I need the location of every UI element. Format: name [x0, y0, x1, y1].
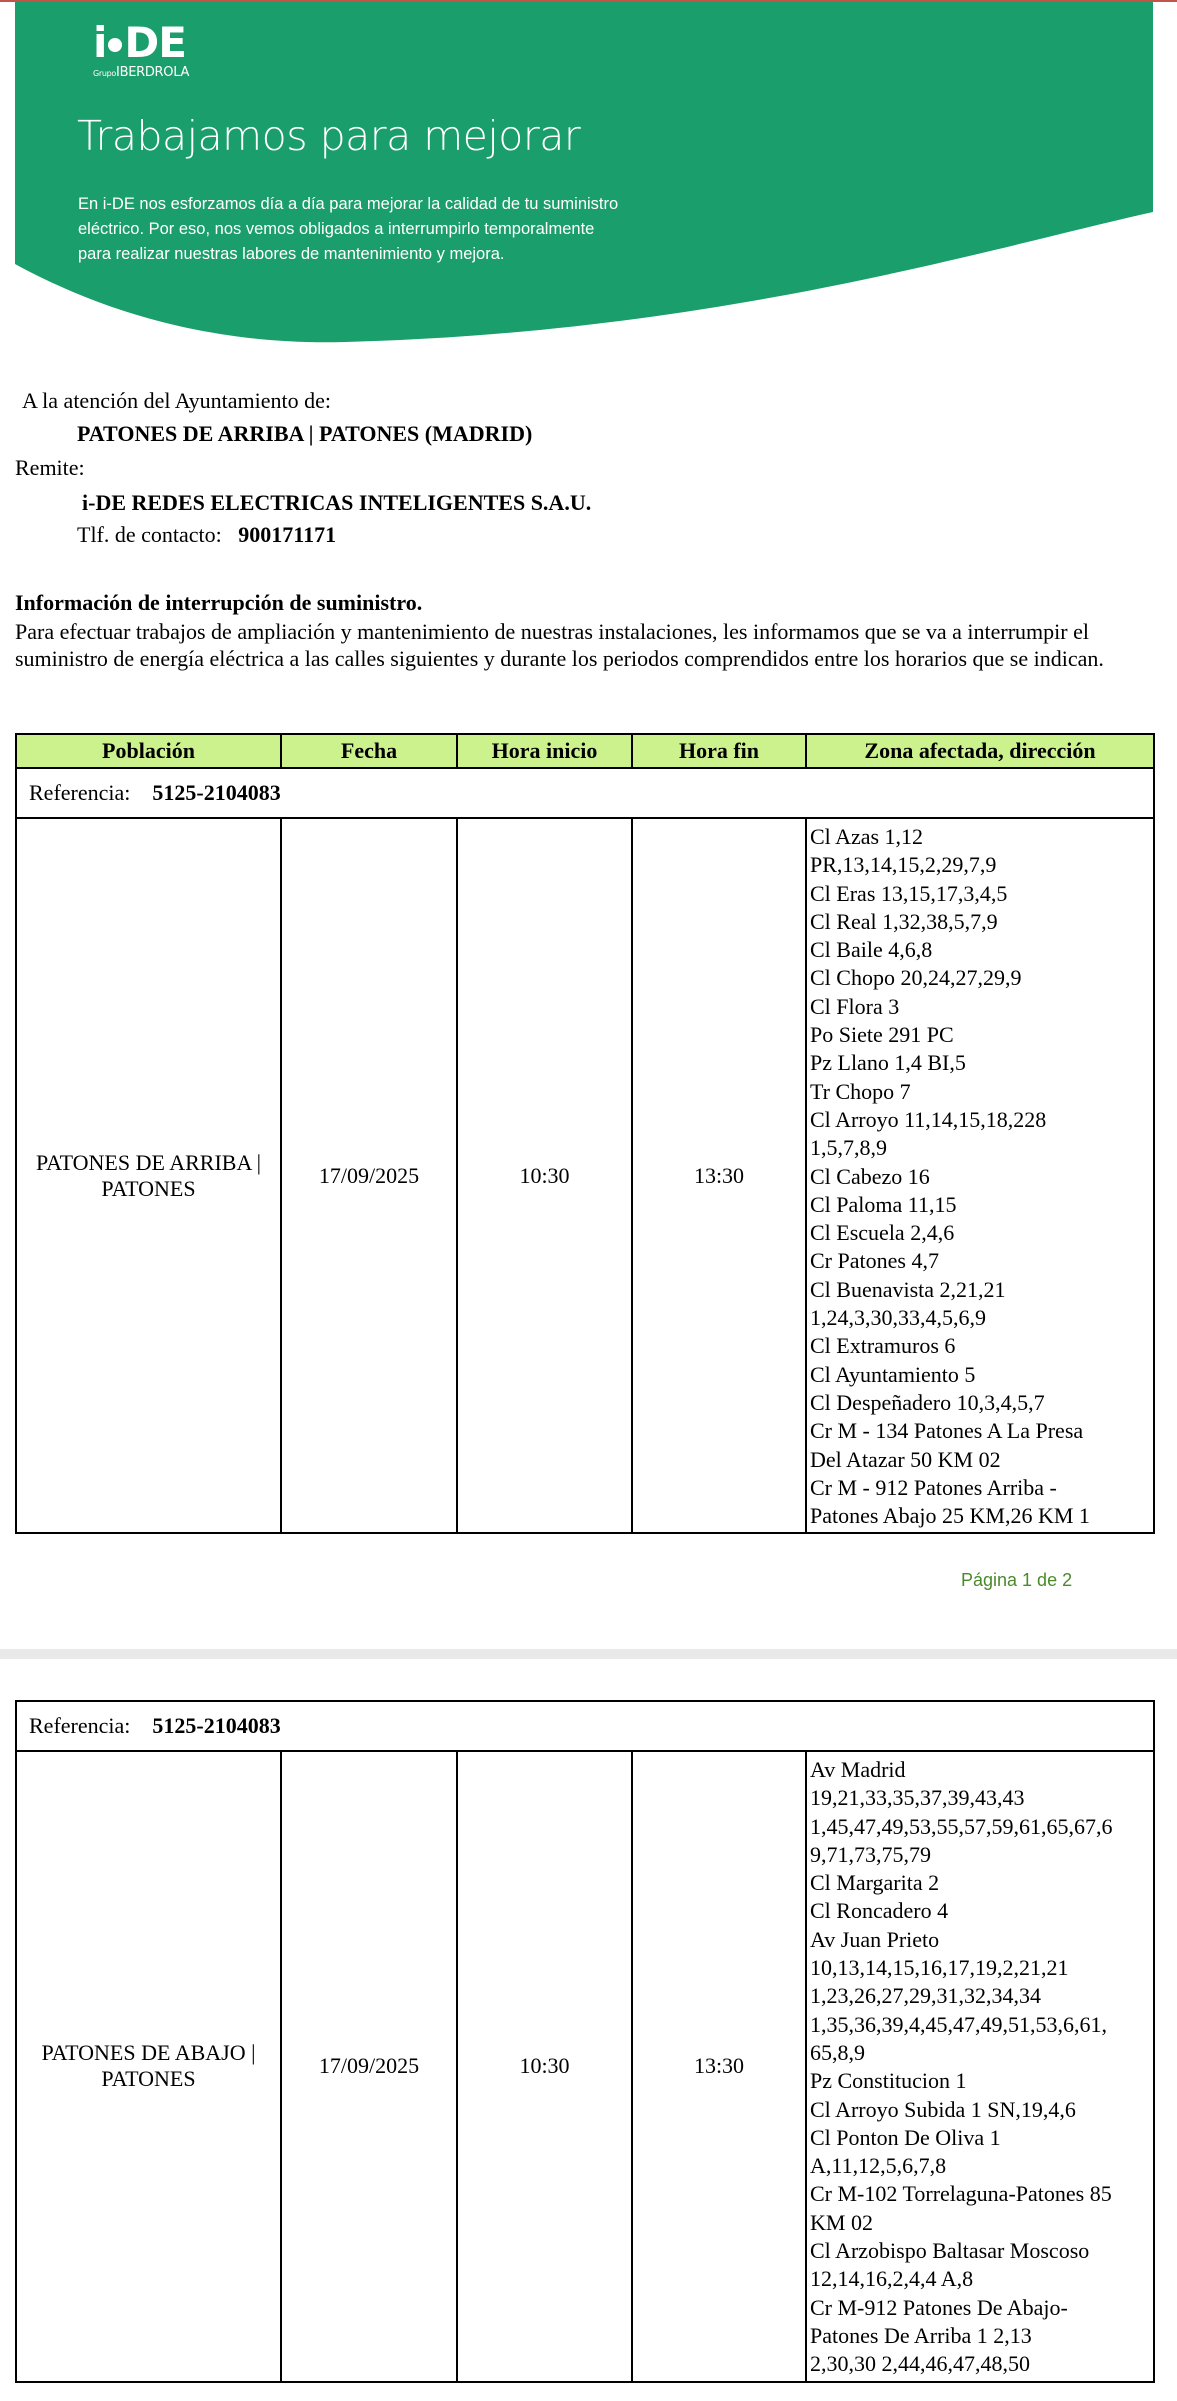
leaf-icon — [108, 38, 122, 52]
table-row: PATONES DE ABAJO | PATONES 17/09/2025 10… — [16, 1751, 1154, 2382]
reference-label: Referencia: — [29, 1713, 130, 1738]
reference-row: Referencia:5125-2104083 — [16, 1701, 1154, 1751]
cell-poblacion: PATONES DE ABAJO | PATONES — [16, 1751, 281, 2382]
phone-label: Tlf. de contacto: — [77, 522, 222, 547]
column-header-fecha: Fecha — [281, 734, 457, 768]
cell-poblacion: PATONES DE ARRIBA | PATONES — [16, 818, 281, 1533]
zone-address-line: Cl Extramuros 6 — [810, 1332, 1150, 1360]
zone-address-line: 10,13,14,15,16,17,19,2,21,21 — [810, 1954, 1150, 1982]
zone-address-line: Av Juan Prieto — [810, 1926, 1150, 1954]
cell-hora-fin: 13:30 — [632, 818, 806, 1533]
table-row: PATONES DE ARRIBA | PATONES 17/09/2025 1… — [16, 818, 1154, 1533]
zone-address-line: 1,23,26,27,29,31,32,34,34 — [810, 1982, 1150, 2010]
attention-label: A la atención del Ayuntamiento de: — [22, 388, 331, 414]
logo-group-label: GrupoIBERDROLA — [93, 66, 189, 81]
zone-address-line: Cl Flora 3 — [810, 993, 1150, 1021]
zone-address-line: Cl Paloma 11,15 — [810, 1191, 1150, 1219]
cell-hora-inicio: 10:30 — [457, 1751, 632, 2382]
zone-address-line: Cr M-912 Patones De Abajo- — [810, 2294, 1150, 2322]
header-banner: iDE GrupoIBERDROLA Trabajamos para mejor… — [15, 2, 1153, 347]
cell-fecha: 17/09/2025 — [281, 1751, 457, 2382]
banner-text-line: para realizar nuestras labores de manten… — [78, 242, 738, 267]
cell-zona: Av Madrid19,21,33,35,37,39,43,431,45,47,… — [806, 1751, 1154, 2382]
banner-text-line: En i-DE nos esforzamos día a día para me… — [78, 192, 738, 217]
banner-text: En i-DE nos esforzamos día a día para me… — [78, 192, 738, 267]
zone-address-line: Pz Constitucion 1 — [810, 2067, 1150, 2095]
zone-address-line: Cl Margarita 2 — [810, 1869, 1150, 1897]
zone-address-line: Cr M - 912 Patones Arriba - — [810, 1474, 1150, 1502]
zone-address-line: A,11,12,5,6,7,8 — [810, 2152, 1150, 2180]
zone-address-line: Cl Ayuntamiento 5 — [810, 1361, 1150, 1389]
zone-address-line: 2,30,30 2,44,46,47,48,50 — [810, 2350, 1150, 2378]
cell-hora-fin: 13:30 — [632, 1751, 806, 2382]
reference-row: Referencia:5125-2104083 — [16, 768, 1154, 818]
zone-address-line: Cl Arroyo 11,14,15,18,228 — [810, 1106, 1150, 1134]
zone-address-line: Cr M-102 Torrelaguna-Patones 85 — [810, 2180, 1150, 2208]
interruption-table-page-2: Referencia:5125-2104083 PATONES DE ABAJO… — [15, 1700, 1155, 2383]
municipality-name: PATONES DE ARRIBA | PATONES (MADRID) — [77, 421, 532, 447]
sender-label: Remite: — [15, 455, 85, 481]
page-number-label: Página 1 de 2 — [961, 1570, 1072, 1591]
zone-address-line: Del Atazar 50 KM 02 — [810, 1446, 1150, 1474]
page-separator — [0, 1649, 1177, 1659]
zone-address-line: Cl Eras 13,15,17,3,4,5 — [810, 880, 1150, 908]
zone-address-line: Patones De Arriba 1 2,13 — [810, 2322, 1150, 2350]
logo-group-prefix: Grupo — [93, 69, 116, 78]
reference-label: Referencia: — [29, 780, 130, 805]
zone-address-line: Cl Baile 4,6,8 — [810, 936, 1150, 964]
info-text: Para efectuar trabajos de ampliación y m… — [15, 618, 1165, 672]
zone-address-line: Pz Llano 1,4 BI,5 — [810, 1049, 1150, 1077]
banner-text-line: eléctrico. Por eso, nos vemos obligados … — [78, 217, 738, 242]
reference-number: 5125-2104083 — [152, 780, 280, 805]
zone-address-line: Cr M - 134 Patones A La Presa — [810, 1417, 1150, 1445]
zone-address-line: Patones Abajo 25 KM,26 KM 1 — [810, 1502, 1150, 1530]
zone-address-line: 19,21,33,35,37,39,43,43 — [810, 1784, 1150, 1812]
zone-address-line: 12,14,16,2,4,4 A,8 — [810, 2265, 1150, 2293]
zone-address-line: 1,24,3,30,33,4,5,6,9 — [810, 1304, 1150, 1332]
zone-address-line: Cl Azas 1,12 — [810, 823, 1150, 851]
zone-address-line: Cl Buenavista 2,21,21 — [810, 1276, 1150, 1304]
ide-logo: iDE GrupoIBERDROLA — [93, 22, 189, 81]
zone-address-line: 1,45,47,49,53,55,57,59,61,65,67,6 — [810, 1813, 1150, 1841]
column-header-hora-fin: Hora fin — [632, 734, 806, 768]
zone-address-line: Cl Ponton De Oliva 1 — [810, 2124, 1150, 2152]
zone-address-line: Cl Real 1,32,38,5,7,9 — [810, 908, 1150, 936]
column-header-zona: Zona afectada, dirección — [806, 734, 1154, 768]
reference-cell: Referencia:5125-2104083 — [16, 1701, 1154, 1751]
cell-fecha: 17/09/2025 — [281, 818, 457, 1533]
zone-address-line: Av Madrid — [810, 1756, 1150, 1784]
logo-group-name: IBERDROLA — [116, 65, 189, 80]
column-header-poblacion: Población — [16, 734, 281, 768]
zone-address-line: 65,8,9 — [810, 2039, 1150, 2067]
column-header-hora-inicio: Hora inicio — [457, 734, 632, 768]
reference-cell: Referencia:5125-2104083 — [16, 768, 1154, 818]
zone-address-line: Cl Escuela 2,4,6 — [810, 1219, 1150, 1247]
banner-title: Trabajamos para mejorar — [77, 112, 580, 160]
zone-address-line: Tr Chopo 7 — [810, 1078, 1150, 1106]
logo-i-letter: i — [93, 22, 106, 64]
info-title: Información de interrupción de suministr… — [15, 590, 422, 616]
logo-de-letters: DE — [124, 22, 186, 64]
zone-address-line: Cl Roncadero 4 — [810, 1897, 1150, 1925]
zone-address-line: KM 02 — [810, 2209, 1150, 2237]
cell-hora-inicio: 10:30 — [457, 818, 632, 1533]
sender-name: i-DE REDES ELECTRICAS INTELIGENTES S.A.U… — [82, 490, 591, 516]
zone-address-line: 1,35,36,39,4,45,47,49,51,53,6,61, — [810, 2011, 1150, 2039]
table-header-row: Población Fecha Hora inicio Hora fin Zon… — [16, 734, 1154, 768]
zone-address-line: 1,5,7,8,9 — [810, 1134, 1150, 1162]
zone-address-line: Cr Patones 4,7 — [810, 1247, 1150, 1275]
zone-address-line: Po Siete 291 PC — [810, 1021, 1150, 1049]
contact-phone-row: Tlf. de contacto: 900171171 — [77, 522, 336, 548]
cell-zona: Cl Azas 1,12PR,13,14,15,2,29,7,9Cl Eras … — [806, 818, 1154, 1533]
zone-address-line: Cl Despeñadero 10,3,4,5,7 — [810, 1389, 1150, 1417]
zone-address-line: PR,13,14,15,2,29,7,9 — [810, 851, 1150, 879]
zone-address-line: Cl Arzobispo Baltasar Moscoso — [810, 2237, 1150, 2265]
zone-address-line: Cl Chopo 20,24,27,29,9 — [810, 964, 1150, 992]
phone-number: 900171171 — [238, 522, 336, 547]
zone-address-line: Cl Cabezo 16 — [810, 1163, 1150, 1191]
zone-address-line: 9,71,73,75,79 — [810, 1841, 1150, 1869]
reference-number: 5125-2104083 — [152, 1713, 280, 1738]
interruption-table-page-1: Población Fecha Hora inicio Hora fin Zon… — [15, 733, 1155, 1534]
zone-address-line: Cl Arroyo Subida 1 SN,19,4,6 — [810, 2096, 1150, 2124]
